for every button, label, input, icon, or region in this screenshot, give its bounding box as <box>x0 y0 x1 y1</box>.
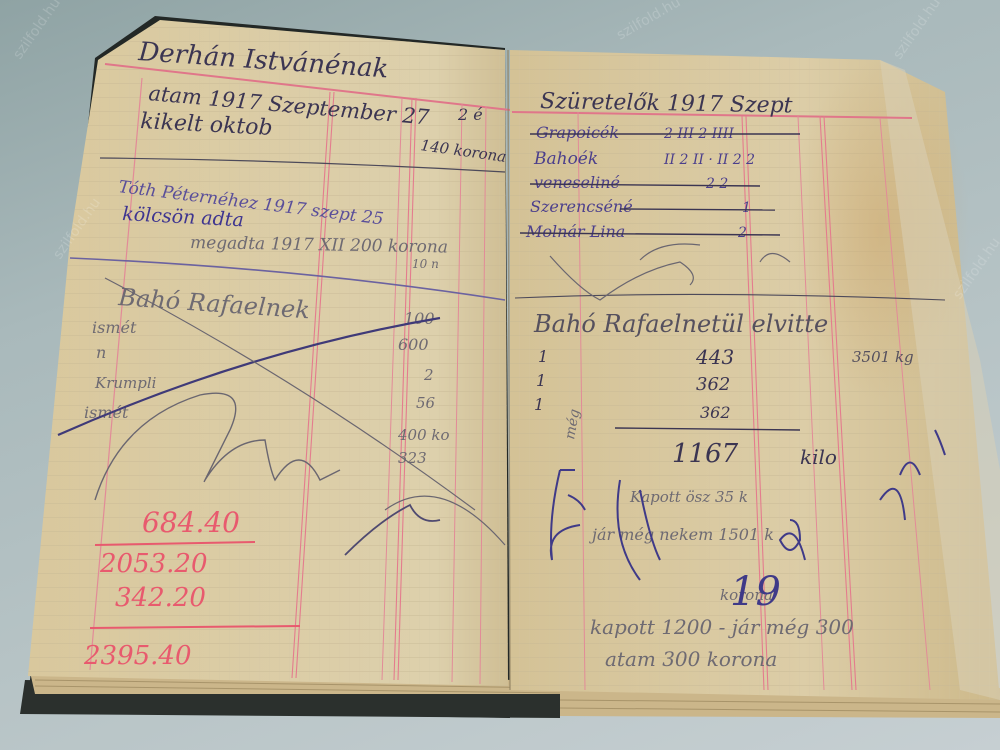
watermark-text-4: szilfold.hu <box>890 0 944 62</box>
big-numeral: 19 <box>730 569 781 615</box>
left-entry3-label-3: ismét <box>84 403 129 422</box>
picker-tally-3: 1 <box>742 200 751 216</box>
left-amount-top: 2 é <box>457 105 483 124</box>
notebook-photo: Derhán Istvánénak atam 1917 Szeptember 2… <box>0 0 1000 750</box>
picker-name-1: Bahoék <box>533 149 598 169</box>
red-sum-line-3: 342.20 <box>115 583 206 613</box>
section2-count-0: 1 <box>538 347 548 366</box>
section2-value-0: 443 <box>695 345 734 369</box>
lower-note-1: jár még nekem 1501 k <box>589 525 774 544</box>
section2-value-2: 362 <box>700 403 731 422</box>
picker-name-4: Molnár Lina <box>525 222 625 241</box>
left-entry3-value-0: 100 <box>404 309 435 328</box>
left-entry3-value-3: 56 <box>416 394 436 412</box>
left-entry3-label-1: n <box>96 343 106 362</box>
section2-heading: Bahó Rafaelnetül elvitte <box>533 310 828 338</box>
left-entry3-value-2: 2 <box>423 366 434 384</box>
section2-count-2: 1 <box>534 395 544 414</box>
lower-note-0: Kapott ösz 35 k <box>629 488 748 506</box>
section2-total: 1167 <box>672 439 739 469</box>
picker-tally-2: 2 2 <box>705 176 728 192</box>
picker-name-0: Grapoicék <box>536 123 619 142</box>
picker-tally-1: II 2 II · II 2 2 <box>663 152 755 168</box>
picker-name-2: veneseliné <box>534 173 620 192</box>
section2-note: kilo <box>800 445 837 469</box>
picker-tally-4: 2 <box>737 225 747 241</box>
section2-count-1: 1 <box>536 371 546 390</box>
watermark-text-3: szilfold.hu <box>614 0 683 43</box>
red-sum-line-2: 2053.20 <box>99 549 208 579</box>
red-sum-line-1: 684.40 <box>142 506 240 539</box>
left-entry3-label-0: ismét <box>92 318 137 337</box>
red-sum-line-4: 2395.40 <box>83 641 192 671</box>
left-entry3-value-1: 600 <box>398 335 429 354</box>
picker-name-3: Szerencséné <box>530 197 633 216</box>
lower-note-4: atam 300 korona <box>605 647 777 671</box>
right-heading: Szüretelők 1917 Szept <box>540 89 793 118</box>
left-entry3-value-4: 400 ko <box>397 426 450 444</box>
section2-value-1: 362 <box>696 374 730 395</box>
section2-side: 3501 kg <box>852 348 914 366</box>
left-entry3-label-2: Krumpli <box>94 374 157 392</box>
left-entry2-small: 10 n <box>412 257 439 271</box>
watermark-text-1: szilfold.hu <box>10 0 64 62</box>
lower-note-3: kapott 1200 - jár még 300 <box>590 615 854 639</box>
